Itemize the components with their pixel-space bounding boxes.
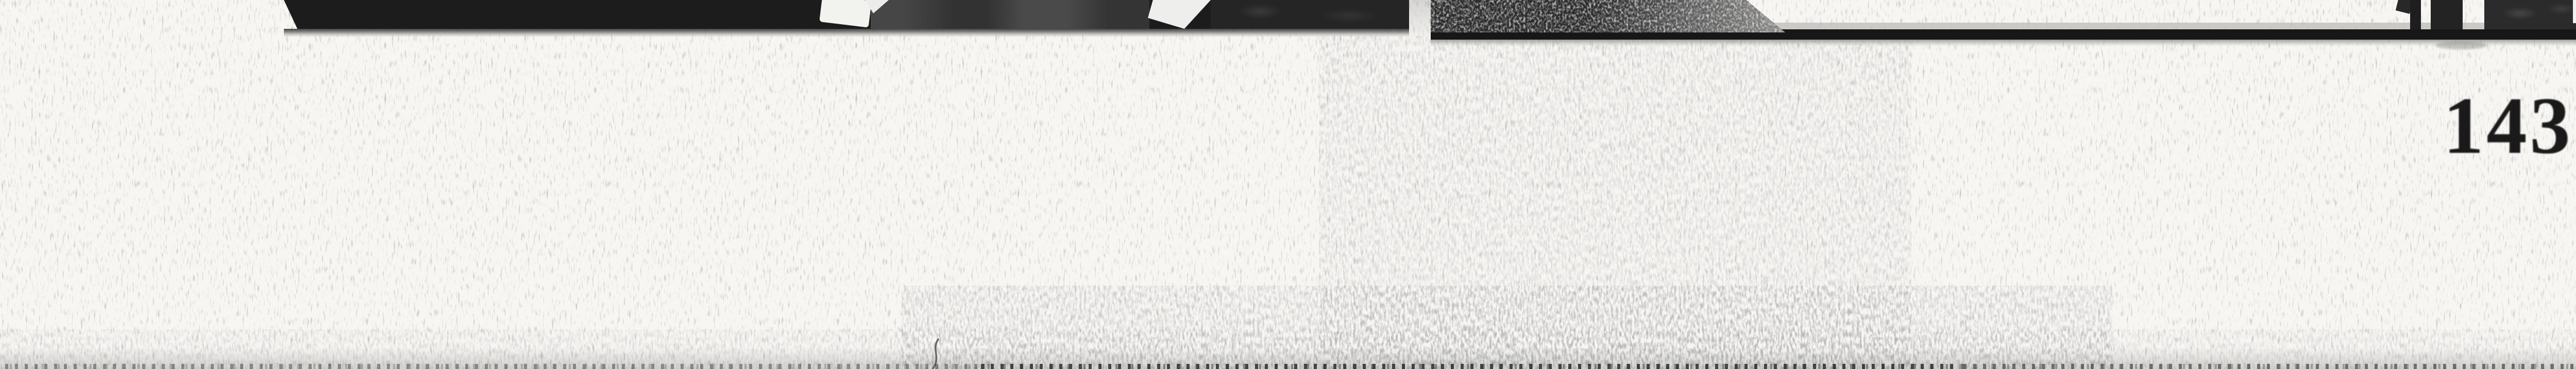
panel-right-scan-echo [1431,40,2576,46]
bottom-scan-dashes-right [1958,364,2576,369]
panel-gutter [1409,0,1431,41]
scanned-page: 143 [0,0,2576,369]
panel-art-corner-block [2484,0,2576,29]
stipple-lighten-overlay [1431,0,1785,32]
bottom-scan-dashes-left [5,364,979,369]
panel-art-stipple-texture [1431,0,1785,32]
page-number: 143 [2443,85,2573,167]
comic-panel-bottom-left [284,0,1409,29]
panel-art-post-wide [2431,0,2463,29]
panel-art-dark-region [1211,0,1409,29]
panel-art-white-wedge [1148,0,1211,29]
paper-noise-texture [0,0,2576,369]
panel-art-post-thin [2410,0,2421,29]
panel-art-white-shape [819,0,872,28]
panel-under-shadow-blob [2435,41,2487,49]
bottom-scan-dashes-middle [979,364,1958,369]
panel-art-white-slot [2573,0,2576,23]
comic-panel-bottom-right [1431,0,2576,47]
panel-art-gray-region [871,0,1149,29]
panel-left-scan-echo [284,29,1409,37]
